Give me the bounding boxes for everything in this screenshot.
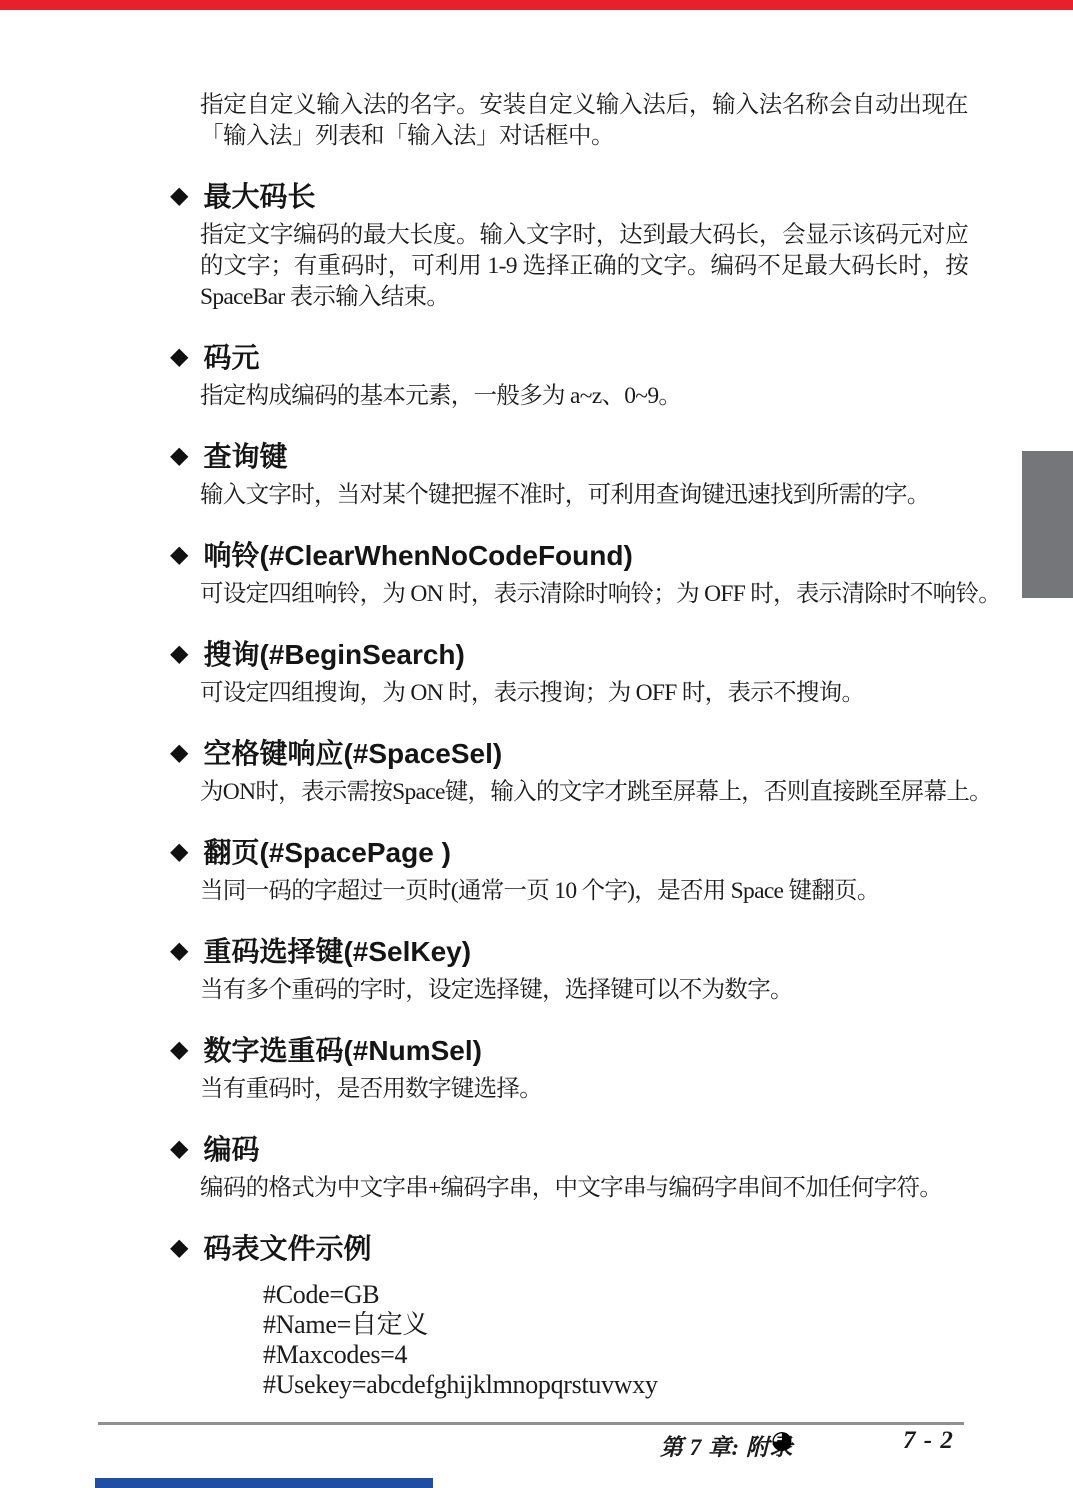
section-body: 当有多个重码的字时，设定选择键，选择键可以不为数字。	[200, 975, 1020, 1006]
sections-list: ◆ 最大码长 指定文字编码的最大长度。输入文字时，达到最大码长，会显示该码元对应…	[0, 176, 1073, 1400]
diamond-bullet-icon: ◆	[170, 183, 188, 207]
section-title: 响铃(#ClearWhenNoCodeFound)	[203, 534, 632, 574]
diamond-bullet-icon: ◆	[170, 542, 188, 566]
section: ◆ 最大码长 指定文字编码的最大长度。输入文字时，达到最大码长，会显示该码元对应…	[0, 176, 1073, 313]
section: ◆ 空格键响应(#SpaceSel) 为ON时，表示需按Space键，输入的文字…	[0, 733, 1073, 808]
chapter-color-bar-bottom	[95, 1478, 433, 1488]
section-body: 可设定四组响铃，为 ON 时，表示清除时响铃；为 OFF 时，表示清除时不响铃。	[200, 579, 1020, 610]
section: ◆ 重码选择键(#SelKey) 当有多个重码的字时，设定选择键，选择键可以不为…	[0, 931, 1073, 1006]
section-heading: ◆ 数字选重码(#NumSel)	[170, 1030, 1073, 1068]
footer-divider	[98, 1422, 964, 1425]
section-heading: ◆ 编码	[170, 1129, 1073, 1167]
footer-page-number: 7 - 2	[903, 1427, 954, 1455]
section-heading: ◆ 最大码长	[170, 176, 1073, 214]
section-title: 查询键	[203, 435, 287, 475]
code-line: #Usekey=abcdefghijklmnopqrstuvwxy	[263, 1370, 1073, 1400]
diamond-bullet-icon: ◆	[170, 443, 188, 467]
section-title: 码表文件示例	[203, 1227, 371, 1267]
code-line: #Maxcodes=4	[263, 1340, 1073, 1370]
footer-ball-icon: ◕	[771, 1427, 793, 1452]
section-heading: ◆ 空格键响应(#SpaceSel)	[170, 733, 1073, 771]
section: ◆ 搜询(#BeginSearch) 可设定四组搜询，为 ON 时，表示搜询；为…	[0, 634, 1073, 709]
diamond-bullet-icon: ◆	[170, 344, 188, 368]
section-body: 可设定四组搜询，为 ON 时，表示搜询；为 OFF 时，表示不搜询。	[200, 678, 1020, 709]
section-heading: ◆ 翻页(#SpacePage )	[170, 832, 1073, 870]
section: ◆ 码元 指定构成编码的基本元素，一般多为 a~z、0~9。	[0, 337, 1073, 412]
section: ◆ 数字选重码(#NumSel) 当有重码时，是否用数字键选择。	[0, 1030, 1073, 1105]
diamond-bullet-icon: ◆	[170, 938, 188, 962]
section-title: 搜询(#BeginSearch)	[203, 633, 464, 673]
code-block: #Code=GB#Name=自定义#Maxcodes=4#Usekey=abcd…	[263, 1280, 1073, 1400]
section: ◆ 编码 编码的格式为中文字串+编码字串，中文字串与编码字串间不加任何字符。	[0, 1129, 1073, 1204]
section-body: 编码的格式为中文字串+编码字串，中文字串与编码字串间不加任何字符。	[200, 1173, 1020, 1204]
section: ◆ 响铃(#ClearWhenNoCodeFound) 可设定四组响铃，为 ON…	[0, 535, 1073, 610]
section-body: 当有重码时，是否用数字键选择。	[200, 1074, 1020, 1105]
chapter-side-tab	[1022, 451, 1073, 598]
section-title: 最大码长	[203, 175, 315, 215]
code-line: #Code=GB	[263, 1280, 1073, 1310]
section-heading: ◆ 查询键	[170, 436, 1073, 474]
section-title: 重码选择键(#SelKey)	[203, 930, 471, 970]
diamond-bullet-icon: ◆	[170, 641, 188, 665]
section-title: 码元	[203, 336, 259, 376]
section-heading: ◆ 重码选择键(#SelKey)	[170, 931, 1073, 969]
diamond-bullet-icon: ◆	[170, 1037, 188, 1061]
section-body: 指定文字编码的最大长度。输入文字时，达到最大码长，会显示该码元对应的文字；有重码…	[200, 220, 968, 313]
intro-paragraph: 指定自定义输入法的名字。安装自定义输入法后，输入法名称会自动出现在「输入法」列表…	[200, 90, 968, 152]
section-heading: ◆ 码元	[170, 337, 1073, 375]
section-body: 输入文字时，当对某个键把握不准时，可利用查询键迅速找到所需的字。	[200, 480, 1020, 511]
section: ◆ 翻页(#SpacePage ) 当同一码的字超过一页时(通常一页 10 个字…	[0, 832, 1073, 907]
section-heading: ◆ 码表文件示例	[170, 1228, 1073, 1266]
section-body: 指定构成编码的基本元素，一般多为 a~z、0~9。	[200, 381, 1020, 412]
diamond-bullet-icon: ◆	[170, 1235, 188, 1259]
section-body: 为ON时，表示需按Space键，输入的文字才跳至屏幕上，否则直接跳至屏幕上。	[200, 777, 1020, 808]
section-heading: ◆ 搜询(#BeginSearch)	[170, 634, 1073, 672]
section: ◆ 查询键 输入文字时，当对某个键把握不准时，可利用查询键迅速找到所需的字。	[0, 436, 1073, 511]
page-content: 指定自定义输入法的名字。安装自定义输入法后，输入法名称会自动出现在「输入法」列表…	[0, 0, 1073, 1400]
diamond-bullet-icon: ◆	[170, 740, 188, 764]
section-title: 翻页(#SpacePage )	[203, 831, 450, 871]
code-line: #Name=自定义	[263, 1310, 1073, 1340]
section-title: 空格键响应(#SpaceSel)	[203, 732, 502, 772]
section-heading: ◆ 响铃(#ClearWhenNoCodeFound)	[170, 535, 1073, 573]
section-title: 编码	[203, 1128, 259, 1168]
diamond-bullet-icon: ◆	[170, 1136, 188, 1160]
section-body: 当同一码的字超过一页时(通常一页 10 个字)，是否用 Space 键翻页。	[200, 876, 1020, 907]
manual-page: { "page": { "top_bar_color": "#e8202b", …	[0, 0, 1073, 1488]
section: ◆ 码表文件示例 #Code=GB#Name=自定义#Maxcodes=4#Us…	[0, 1228, 1073, 1400]
section-title: 数字选重码(#NumSel)	[203, 1029, 481, 1069]
diamond-bullet-icon: ◆	[170, 839, 188, 863]
